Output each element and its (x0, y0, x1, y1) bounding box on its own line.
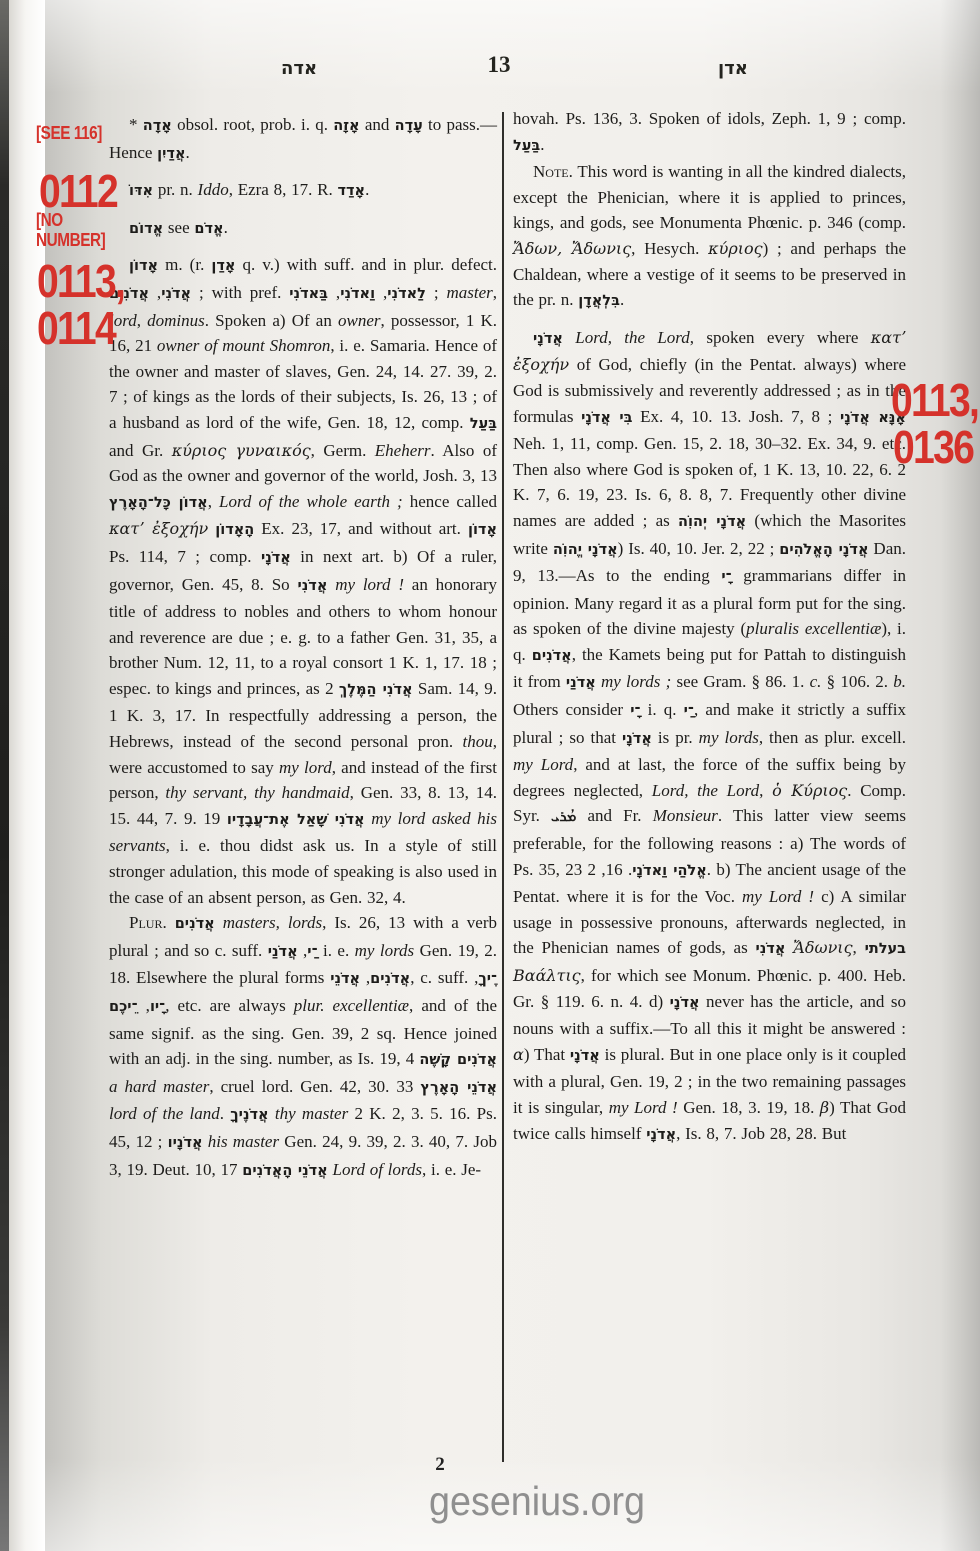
body-text: , (208, 492, 219, 511)
body-text: . (220, 1104, 231, 1123)
page-scan: אדה 13 אדן * אָדָה obsol. root, prob. i.… (0, 0, 980, 1551)
hebrew-text: עָדָה (395, 118, 423, 134)
hebrew-text: אֲדֹנָי הָאֱלֹהִים (779, 542, 868, 558)
hebrew-text: אֲדַיִן (157, 146, 185, 162)
hebrew-text: ־ַי (307, 944, 317, 960)
hebrew-text: בעלתי (865, 941, 906, 957)
body-text: , (298, 941, 308, 960)
hebrew-text: אֲדֹנָי (533, 331, 563, 347)
hebrew-text: ־ֶיךָ (478, 971, 497, 987)
body-text: Ps. 114, 7 ; comp. (109, 547, 261, 566)
hebrew-text: אֲדֹנִי (297, 578, 327, 594)
hebrew-text: אֲדוֹן כָּל־הָאָרֶץ (109, 495, 208, 511)
hebrew-text: ־ָי (721, 569, 731, 585)
annotation-0113-left: 0113, (37, 258, 124, 304)
hebrew-text: אֲדֹנָיו (168, 1135, 203, 1151)
paragraph: אָדוֹן m. (r. אָדַן q. v.) with suff. an… (109, 252, 497, 910)
body-text: ; with pref. (191, 283, 289, 302)
body-text: Lord, the Lord (575, 328, 690, 347)
annotation-0113-right: 0113, (891, 377, 978, 423)
body-text: . (540, 135, 544, 154)
body-text: q. v.) with suff. and in plur. defect. (235, 255, 497, 274)
body-text: , i. e. Je- (422, 1160, 481, 1179)
hebrew-text: אָדוֹן (129, 258, 158, 274)
body-text: , (493, 283, 497, 302)
greek-text: κύριος γυναικός (172, 441, 311, 460)
body-text (563, 328, 575, 347)
body-text: , (328, 283, 340, 302)
hebrew-text: אֲדֹנַי (566, 675, 596, 691)
body-text: * (129, 115, 143, 134)
paragraph: Plur. אֲדֹנִים masters, lords, Is. 26, 1… (109, 910, 497, 1184)
body-text: obsol. root, prob. i. q. (172, 115, 333, 134)
hebrew-text: אֲדֹנִים (175, 916, 215, 932)
hebrew-text: אֲדֹנִי (755, 941, 785, 957)
greek-text: β (820, 1098, 829, 1117)
body-text: . (186, 143, 190, 162)
hebrew-text: אָדַד (337, 183, 365, 199)
body-text: , (360, 968, 370, 987)
body-text: c. (810, 672, 822, 691)
running-head-hebrew-right: אדן (718, 58, 748, 79)
body-text: my Lord ! (742, 887, 814, 906)
body-text: . (620, 290, 624, 309)
signature-mark: 2 (425, 1454, 455, 1476)
body-text: my lords (699, 728, 759, 747)
hebrew-text: אֲדֹנִי הַמֶּלֶךְ (339, 682, 413, 698)
hebrew-text: אָדָה (143, 118, 172, 134)
hebrew-text: ־ַי (684, 703, 694, 719)
body-text: , Hesych. (631, 239, 708, 258)
hebrew-text: אֲדֹנֵי הָאָרֶץ (420, 1080, 497, 1096)
greek-text: Βαάλτις (513, 966, 581, 985)
body-text: . Spoken a) Of an (205, 311, 338, 330)
body-text: dominus (147, 311, 205, 330)
body-text (215, 913, 223, 932)
body-text: m. (r. (158, 255, 211, 274)
body-text: i. q. (641, 700, 684, 719)
body-text: Iddo (198, 180, 229, 199)
body-text: , (759, 781, 772, 800)
body-text: Plur. (129, 913, 167, 932)
hebrew-text: לַאדֹנִי (387, 286, 426, 302)
body-text: , (375, 283, 387, 302)
body-text: and (360, 115, 395, 134)
annotation-see-116: [SEE 116] (36, 124, 102, 142)
hebrew-text: ־ָי (630, 703, 640, 719)
body-text: , Ezra 8, 17. R. (229, 180, 338, 199)
hebrew-text: אִדּוֹ (129, 183, 153, 199)
body-text: hence called (403, 492, 497, 511)
hebrew-text: ־ָיו (150, 999, 165, 1015)
body-text: and Gr. (109, 441, 172, 460)
hebrew-text: אֲדֹנָי יֱהוִֹה (553, 542, 618, 558)
body-text: ) That (524, 1045, 570, 1064)
hebrew-text: אֲדֹנֵי (330, 971, 360, 987)
body-text: Lord, the Lord (652, 781, 759, 800)
hebrew-text: בַּעַל (470, 416, 497, 432)
annotation-no-number-line2: NUMBER] (36, 231, 105, 249)
body-text: hovah. Ps. 136, 3. Spoken of idols, Zeph… (513, 109, 906, 128)
body-text: , (138, 996, 150, 1015)
hebrew-text: בִּי אֲדֹנָי (581, 410, 632, 426)
body-text: Others consider (513, 700, 630, 719)
body-text: my lord ! (335, 575, 404, 594)
body-text: owner of mount Shomron (157, 336, 330, 355)
body-text: Ex. 23, 17, and without art. (254, 519, 468, 538)
hebrew-text: אֲדֹנֶיךָ (230, 1107, 268, 1123)
hebrew-text: אֲדֹנָי (646, 1127, 676, 1143)
hebrew-text: אֲדֹנִים (370, 971, 410, 987)
body-text: owner (338, 311, 381, 330)
annotation-no-number-line1: [NO (36, 211, 63, 229)
annotation-0136: 0136 (893, 424, 973, 470)
hebrew-text: אֱלֹהַי וַאדֹנָי (632, 863, 707, 879)
page-number: 13 (469, 52, 529, 78)
hebrew-text: אָזָה (333, 118, 359, 134)
body-text: , (853, 938, 865, 957)
book-spine-edge (0, 0, 9, 1551)
hebrew-text: אֲדֹנִי שָׁאַל אֶת־עֲבָדָיו (227, 812, 365, 828)
body-text: , spoken every where (690, 328, 871, 347)
body-text: master (446, 283, 492, 302)
body-text: , cruel lord. Gen. 42, 30. 33 (209, 1077, 420, 1096)
hebrew-text: אָדוֹן (468, 522, 497, 538)
hebrew-text: אֲדֹנָי (670, 995, 700, 1011)
body-text: , (137, 311, 147, 330)
body-text: is pr. (652, 728, 699, 747)
hebrew-text: ܡܳܪܝ (551, 809, 576, 825)
body-text: Ex. 4, 10. 13. Josh. 7, 8 ; (633, 407, 840, 426)
body-text: pr. n. (153, 180, 197, 199)
body-text: my Lord (513, 755, 573, 774)
page-right-shade (940, 0, 980, 1551)
hebrew-text: אֲדֹנָי (622, 731, 652, 747)
greek-text: Ἄδων, Ἄδωνις (513, 239, 631, 258)
annotation-0112: 0112 (39, 168, 117, 214)
body-text: ; (426, 283, 447, 302)
text-column-left: * אָדָה obsol. root, prob. i. q. אָזָה a… (109, 112, 497, 1184)
annotation-0114: 0114 (37, 305, 115, 351)
body-text: , c. suff. (410, 968, 474, 987)
body-text: , etc. are always (165, 996, 294, 1015)
body-text: my Lord ! (609, 1098, 678, 1117)
body-text: my lords ; (601, 672, 671, 691)
body-text: pluralis excellentiæ (746, 619, 881, 638)
body-text: Monsieur (653, 806, 718, 825)
body-text: b. (893, 672, 906, 691)
body-text: see Gram. § 86. 1. (671, 672, 809, 691)
paragraph: hovah. Ps. 136, 3. Spoken of idols, Zeph… (513, 106, 906, 159)
body-text: Eheherr (375, 441, 431, 460)
body-text: i. e. (318, 941, 355, 960)
body-text: masters, lords (223, 913, 322, 932)
paragraph: אֱדוֹם see אֱדֹם. (109, 215, 497, 243)
body-text: thy master (275, 1104, 348, 1123)
hebrew-text: אָדַן (211, 258, 235, 274)
body-text: Lord of the whole earth ; (219, 492, 403, 511)
hebrew-text: אֲדֹנָי יְהוִֹה (678, 514, 746, 530)
running-head-hebrew-left: אדה (281, 58, 317, 79)
hebrew-text: אֲדֹנָי (570, 1048, 600, 1064)
body-text: lord of the land (109, 1104, 220, 1123)
hebrew-text: אֲדֹנִים (532, 648, 572, 664)
paragraph: Note. This word is wanting in all the ki… (513, 159, 906, 315)
body-text: . (224, 218, 228, 237)
hebrew-text: בַּעַל (513, 138, 540, 154)
body-text: Gen. 18, 3. 19, 18. (678, 1098, 820, 1117)
hebrew-text: הָאָדוֹן (215, 522, 254, 538)
body-text: my lord (279, 758, 332, 777)
hebrew-text: אֱדֹם (194, 221, 223, 237)
hebrew-text: בִּלְאֲדָן (578, 293, 620, 309)
body-text: , then as plur. excell. (759, 728, 906, 747)
hebrew-text: אֲדֹנָי (261, 550, 291, 566)
greek-text: ὁ Κύριος (772, 781, 847, 800)
hebrew-text: בַּאדֹנִי (289, 286, 328, 302)
hebrew-text: אֲדֹנִים קָשֶׁה (419, 1052, 497, 1068)
body-text: Lord of lords (333, 1160, 423, 1179)
body-text: . (365, 180, 369, 199)
text-column-right: hovah. Ps. 136, 3. Spoken of idols, Zeph… (513, 106, 906, 1148)
body-text: , Germ. (311, 441, 375, 460)
body-text (785, 938, 793, 957)
body-text: This word is wanting in all the kindred … (513, 162, 906, 232)
greek-text: κατʼ ἐξοχήν (109, 519, 208, 538)
body-text: , (149, 283, 161, 302)
body-text: my lords (355, 941, 415, 960)
body-text: Note. (533, 162, 573, 181)
greek-text: Ἄδωνις (793, 938, 852, 957)
paragraph: אִדּוֹ pr. n. Iddo, Ezra 8, 17. R. אָדַד… (109, 177, 497, 205)
body-text: plur. excellentiæ (294, 996, 409, 1015)
body-text: and Fr. (576, 806, 652, 825)
hebrew-text: אֲדֹנֵי הָאֲדֹנִים (242, 1163, 327, 1179)
body-text: his master (208, 1132, 279, 1151)
paragraph: * אָדָה obsol. root, prob. i. q. אָזָה a… (109, 112, 497, 167)
body-text: , i. e. thou didst ask us. In a style of… (109, 836, 497, 906)
hebrew-text: ־ֵיכֶם (109, 999, 138, 1015)
greek-text: α (513, 1045, 524, 1064)
hebrew-text: אֲדֹנַי (268, 944, 298, 960)
body-text: a hard master (109, 1077, 209, 1096)
hebrew-text: אֱדוֹם (129, 221, 163, 237)
column-divider (502, 112, 504, 1462)
body-text: thou (463, 732, 493, 751)
body-text: see (163, 218, 194, 237)
body-text: , Is. 8, 7. Job 28, 28. But (676, 1124, 846, 1143)
hebrew-text: אֲדֹנִי (161, 286, 191, 302)
watermark: gesenius.org (429, 1478, 645, 1525)
hebrew-text: וַאדֹנִי (340, 286, 375, 302)
body-text: § 106. 2. (821, 672, 893, 691)
paragraph: אֲדֹנָי Lord, the Lord, spoken every whe… (513, 325, 906, 1148)
body-text (167, 913, 175, 932)
body-text: thy servant, thy handmaid (165, 783, 349, 802)
body-text: ) Is. 40, 10. Jer. 2, 22 ; (618, 539, 780, 558)
greek-text: κύριος (708, 239, 763, 258)
